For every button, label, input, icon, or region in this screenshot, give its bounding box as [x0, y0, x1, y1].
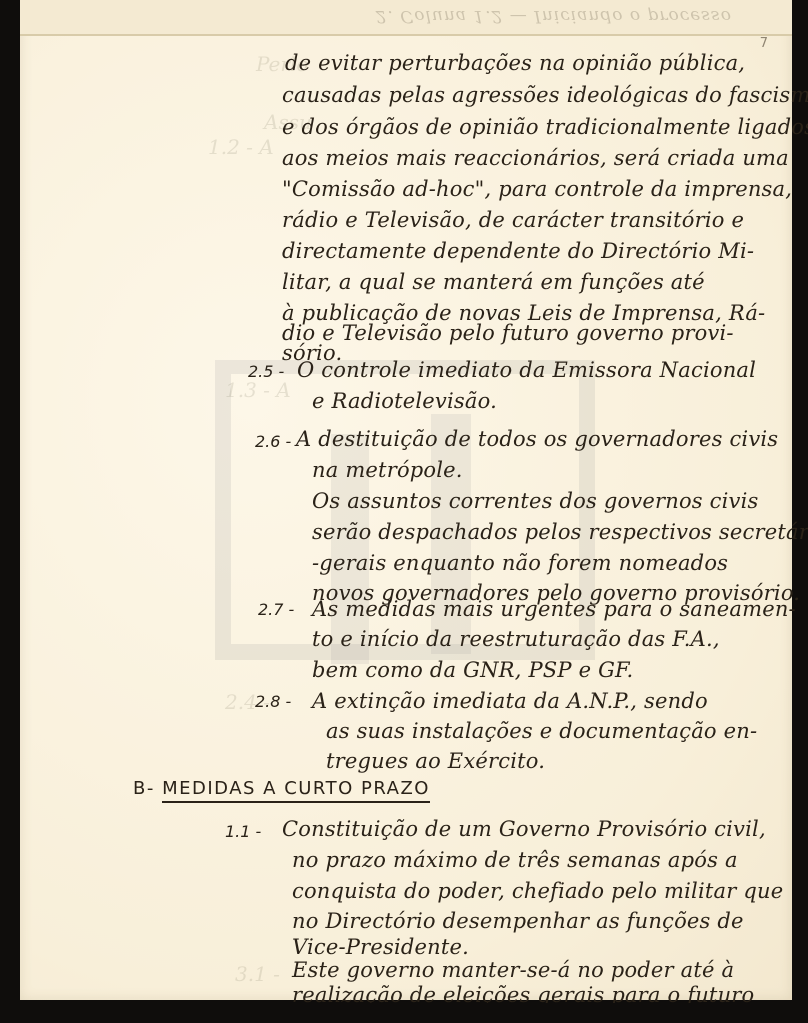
text-line: as suas instalações e documentação en-	[326, 716, 757, 747]
text-line: As medidas mais urgentes para o saneamen…	[312, 594, 796, 625]
text-line: Constituição de um Governo Provisório ci…	[282, 814, 766, 845]
page-number: 7	[760, 36, 768, 51]
text-line: causadas pelas agressões ideológicas do …	[282, 80, 808, 111]
text-line: no prazo máximo de três semanas após a	[292, 845, 738, 876]
text-line: A destituição de todos os governadores c…	[296, 424, 778, 455]
text-line: litar, a qual se manterá em funções até	[282, 267, 705, 298]
text-line: to e início da reestruturação das F.A.,	[312, 624, 720, 655]
text-line: realização de eleições gerais para o fut…	[292, 980, 754, 1011]
text-line: A extinção imediata da A.N.P., sendo	[312, 686, 708, 717]
mirrored-bleed-text: 2. Coluna 1.2 — Iniciando o processo	[376, 6, 732, 26]
bleed-through-text: 1.2 - A	[208, 135, 274, 159]
item-number: 2.6 -	[255, 432, 291, 451]
item-number: 1.1 -	[225, 822, 261, 841]
text-line: rádio e Televisão, de carácter transitór…	[282, 205, 744, 236]
text-line: conquista do poder, chefiado pelo milita…	[292, 876, 783, 907]
text-line: de evitar perturbações na opinião públic…	[285, 48, 745, 79]
item-number: 2.5 -	[248, 362, 284, 381]
text-line: "Comissão ad-hoc", para controle da impr…	[282, 174, 792, 205]
text-line: tregues ao Exército.	[326, 746, 545, 777]
text-line: directamente dependente do Directório Mi…	[282, 236, 754, 267]
section-title: MEDIDAS A CURTO PRAZO	[162, 778, 430, 803]
section-prefix: B-	[133, 778, 155, 799]
item-number: 2.8 -	[255, 692, 291, 711]
manuscript-page: 2. Coluna 1.2 — Iniciando o processo 7 P…	[20, 0, 792, 1000]
text-line: O controle imediato da Emissora Nacional	[297, 355, 756, 386]
text-line: serão despachados pelos respectivos secr…	[312, 517, 808, 548]
text-line: e dos órgãos de opinião tradicionalmente…	[282, 112, 808, 143]
text-line: -gerais enquanto não forem nomeados	[312, 548, 728, 579]
text-line: dio e Televisão pelo futuro governo prov…	[282, 318, 734, 349]
text-line: na metrópole.	[312, 455, 463, 486]
previous-page-strip: 2. Coluna 1.2 — Iniciando o processo	[20, 0, 792, 36]
text-line: bem como da GNR, PSP e GF.	[312, 655, 633, 686]
text-line: Os assuntos correntes dos governos civis	[312, 486, 759, 517]
bleed-through-text: 3.1 -	[235, 962, 280, 986]
item-number: 2.7 -	[258, 600, 294, 619]
section-b-heading: B- MEDIDAS A CURTO PRAZO	[133, 778, 430, 799]
bleed-through-text: 1.3 - A	[225, 378, 291, 402]
text-line: aos meios mais reaccionários, será criad…	[282, 143, 789, 174]
text-line: e Radiotelevisão.	[312, 386, 497, 417]
